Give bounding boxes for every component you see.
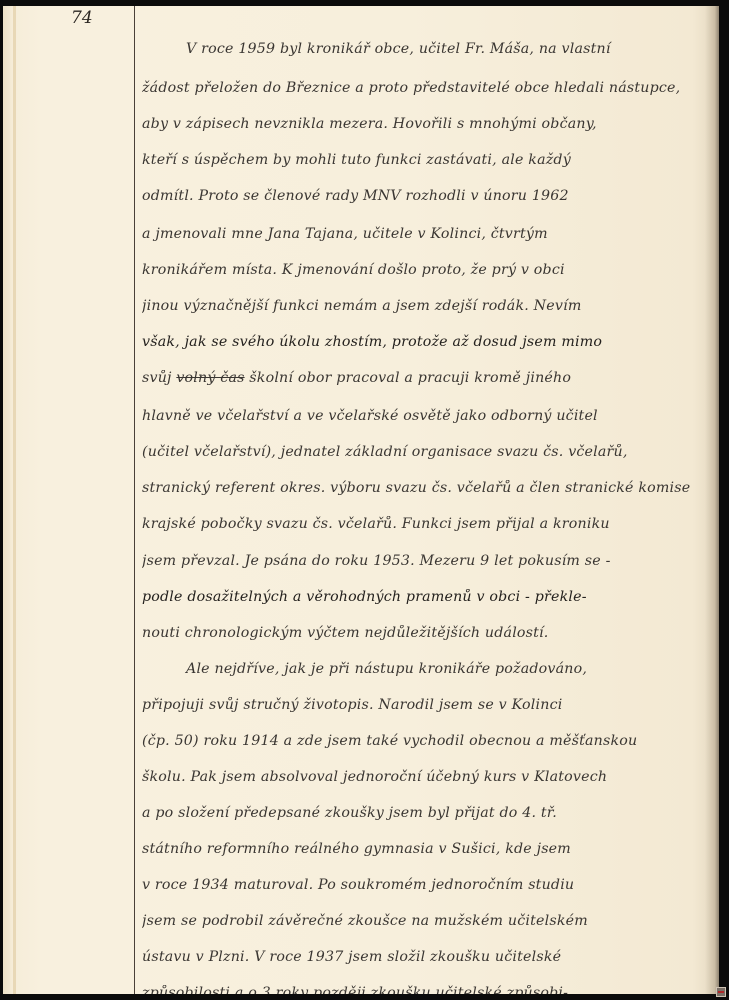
text-line: jsem převzal. Je psána do roku 1953. Mez… [142, 553, 717, 569]
page-edge-fold [13, 6, 16, 994]
page-number: 74 [71, 8, 93, 28]
handwritten-chronicle-page: 74 V roce 1959 byl kronikář obce, učitel… [3, 6, 719, 994]
text-fragment: školní obor pracoval a pracuji kromě jin… [245, 370, 572, 386]
text-line: (čp. 50) roku 1914 a zde jsem také vycho… [142, 733, 717, 749]
text-line-with-strikethrough: svůj volný čas školní obor pracoval a pr… [142, 370, 717, 386]
text-line: v roce 1934 maturoval. Po soukromém jedn… [142, 877, 717, 893]
text-line: podle dosažitelných a věrohodných pramen… [142, 589, 717, 605]
struck-out-text: volný čas [176, 370, 244, 386]
text-line: jsem se podrobil závěrečné zkoušce na mu… [142, 913, 717, 929]
minimize-icon[interactable] [716, 987, 726, 997]
text-line: způsobilosti a o 3 roky později zkoušku … [142, 985, 717, 994]
text-line: odmítl. Proto se členové rady MNV rozhod… [142, 188, 717, 204]
text-line: kteří s úspěchem by mohli tuto funkci za… [142, 152, 717, 168]
binding-shadow [705, 6, 719, 994]
text-line: aby v zápisech nevznikla mezera. Hovořil… [142, 116, 717, 132]
text-line: hlavně ve včelařství a ve včelařské osvě… [142, 408, 717, 424]
text-line: kronikářem místa. K jmenování došlo prot… [142, 262, 717, 278]
text-line: a po složení předepsané zkoušky jsem byl… [142, 805, 717, 821]
text-line: žádost přeložen do Březnice a proto před… [142, 80, 717, 96]
text-line: připojuji svůj stručný životopis. Narodi… [142, 697, 717, 713]
text-line: V roce 1959 byl kronikář obce, učitel Fr… [142, 41, 717, 57]
margin-rule-line [134, 6, 135, 994]
text-line: však, jak se svého úkolu zhostím, protož… [142, 334, 717, 350]
text-line: stranický referent okres. výboru svazu č… [142, 480, 717, 496]
text-line: Ale nejdříve, jak je při nástupu kroniká… [142, 661, 717, 677]
text-line: nouti chronologickým výčtem nejdůležitěj… [142, 625, 717, 641]
text-fragment: svůj [142, 370, 176, 386]
text-line: školu. Pak jsem absolvoval jednoroční úč… [142, 769, 717, 785]
text-line: státního reformního reálného gymnasia v … [142, 841, 717, 857]
text-line: jinou význačnější funkci nemám a jsem zd… [142, 298, 717, 314]
text-line: ústavu v Plzni. V roce 1937 jsem složil … [142, 949, 717, 965]
text-line: (učitel včelařství), jednatel základní o… [142, 444, 717, 460]
text-line: a jmenovali mne Jana Tajana, učitele v K… [142, 226, 717, 242]
text-line: krajské pobočky svazu čs. včelařů. Funkc… [142, 516, 717, 532]
